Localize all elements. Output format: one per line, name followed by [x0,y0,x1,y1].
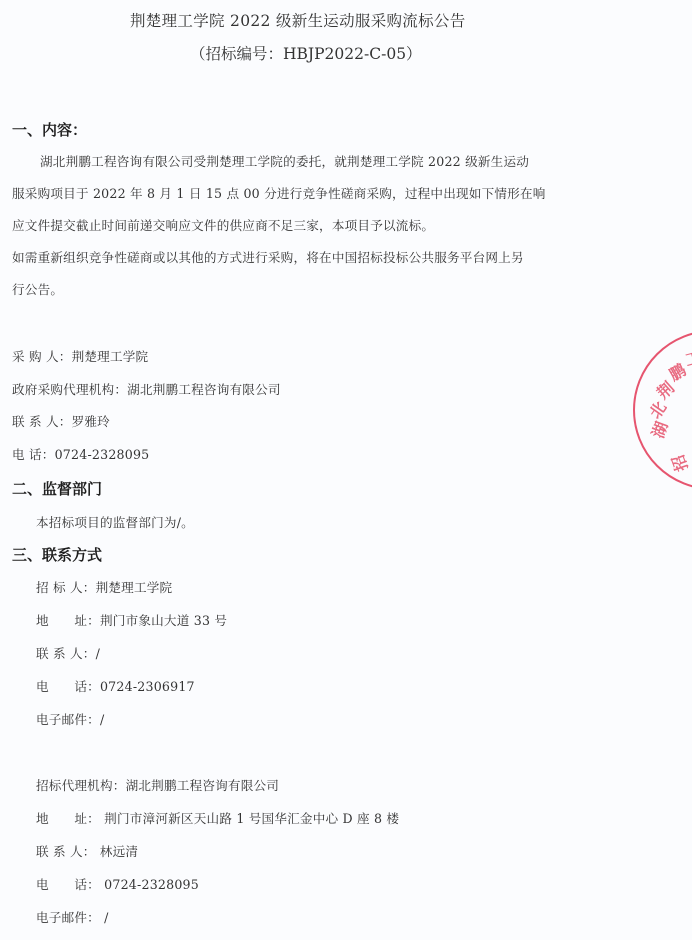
tenderer-label: 招 标 人： [36,580,96,595]
section-heading-supervision: 二、监督部门 [12,478,102,499]
agency-address-row: 地 址： 荆门市漳河新区天山路 1 号国华汇金中心 D 座 8 楼 [36,808,399,827]
section-heading-content: 一、内容： [12,119,87,140]
address-label: 地 址： [36,613,100,628]
section-heading-contact: 三、联系方式 [12,544,102,565]
contact-label: 联 系 人： [36,646,96,661]
agency-value: 湖北荆鹏工程咨询有限公司 [127,382,281,397]
phone-label: 电 话： [36,679,100,694]
email-label: 电子邮件： [36,910,100,925]
agency-label: 政府采购代理机构： [12,382,127,397]
contact-label: 联 系 人： [36,844,96,859]
agency-contact-row: 联 系 人： 林远清 [36,841,138,860]
purchaser-label: 采 购 人： [12,349,72,364]
agency-label: 招标代理机构： [36,778,126,793]
tenderer-phone-row: 电 话：0724-2306917 [36,676,195,695]
agency-name-row: 招标代理机构：湖北荆鹏工程咨询有限公司 [36,775,279,794]
tenderer-address-row: 地 址：荆门市象山大道 33 号 [36,610,227,629]
contact-value: 林远清 [96,844,139,859]
contact-value: / [96,646,100,661]
phone-label: 电 话： [12,447,55,462]
paragraph-line: 湖北荆鹏工程咨询有限公司受荆楚理工学院的委托，就荆楚理工学院 2022 级新生运… [40,151,529,170]
contact-row: 联 系 人：罗雅玲 [12,411,110,430]
purchaser-row: 采 购 人：荆楚理工学院 [12,346,148,365]
tenderer-value: 荆楚理工学院 [96,580,173,595]
phone-value: 0724-2306917 [100,679,195,694]
official-seal-icon: 湖 北 荆 鹏 工 招 [633,330,692,490]
email-label: 电子邮件： [36,712,100,727]
supervision-text: 本招标项目的监督部门为/。 [36,512,194,531]
agency-value: 湖北荆鹏工程咨询有限公司 [126,778,280,793]
contact-label: 联 系 人： [12,414,72,429]
tenderer-email-row: 电子邮件：/ [36,709,104,728]
email-value: / [100,712,104,727]
email-value: / [100,910,109,925]
agency-email-row: 电子邮件： / [36,907,109,926]
paragraph-line: 行公告。 [12,279,63,298]
tenderer-contact-row: 联 系 人：/ [36,643,100,662]
address-value: 荆门市象山大道 33 号 [100,613,227,628]
paragraph-line: 如需重新组织竞争性磋商或以其他的方式进行采购，将在中国招标投标公共服务平台网上另 [12,247,524,266]
purchaser-value: 荆楚理工学院 [72,349,149,364]
address-value: 荆门市漳河新区天山路 1 号国华汇金中心 D 座 8 楼 [100,811,399,826]
paragraph-line: 服采购项目于 2022 年 8 月 1 日 15 点 00 分进行竞争性磋商采购… [12,183,546,202]
agency-row: 政府采购代理机构：湖北荆鹏工程咨询有限公司 [12,379,281,398]
tender-number: （招标编号：HBJP2022-C-05） [190,42,422,64]
paragraph-line: 应文件提交截止时间前递交响应文件的供应商不足三家，本项目予以流标。 [12,215,434,234]
contact-value: 罗雅玲 [72,414,110,429]
document-title: 荆楚理工学院 2022 级新生运动服采购流标公告 [130,9,466,31]
phone-value: 0724-2328095 [55,447,150,462]
phone-row: 电 话：0724-2328095 [12,444,149,463]
phone-value: 0724-2328095 [100,877,199,892]
address-label: 地 址： [36,811,100,826]
tenderer-row: 招 标 人：荆楚理工学院 [36,577,172,596]
agency-phone-row: 电 话： 0724-2328095 [36,874,199,893]
phone-label: 电 话： [36,877,100,892]
